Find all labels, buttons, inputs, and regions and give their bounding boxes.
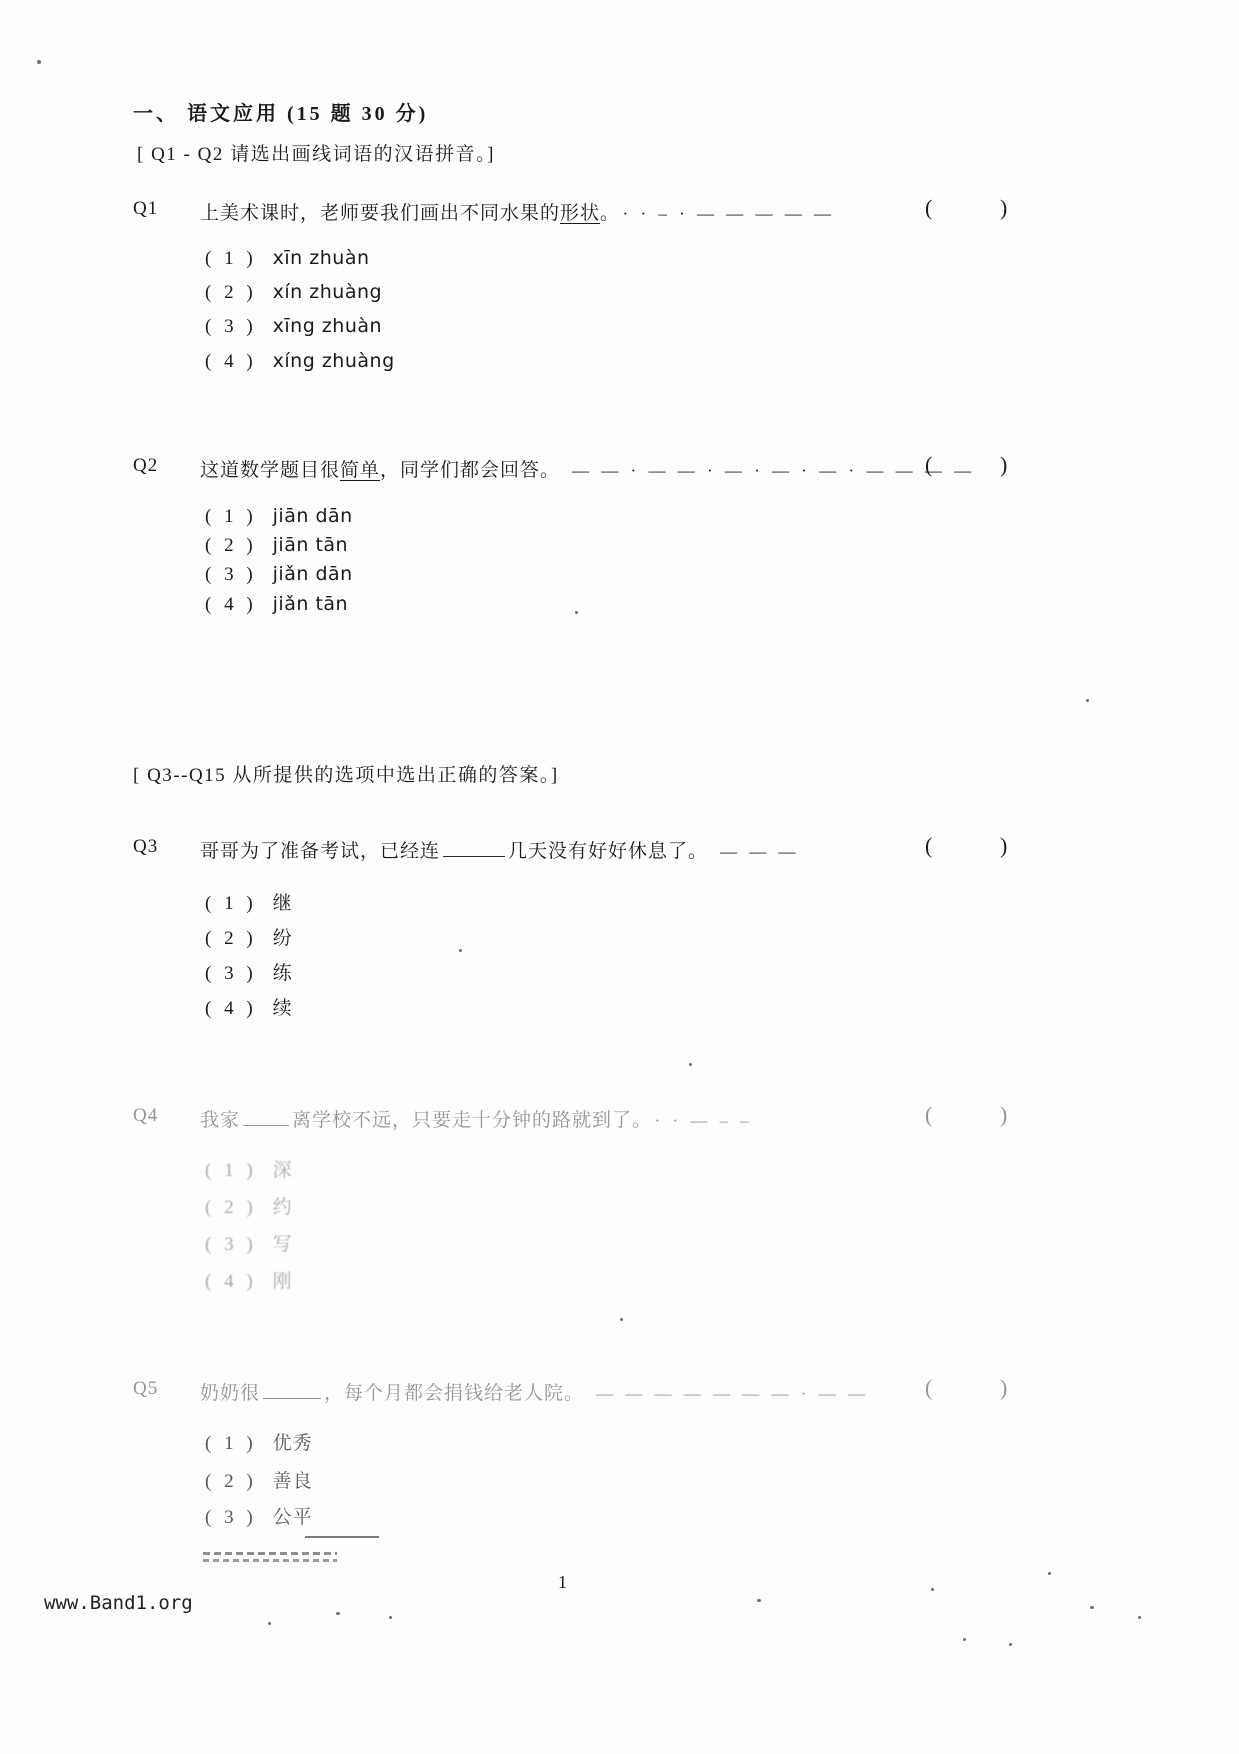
question-q4-sentence: 我家离学校不远，只要走十分钟的路就到了。· · — – – (200, 1105, 753, 1132)
q4-answer-paren-close: ) (1000, 1102, 1007, 1128)
q2-option-2: ( 2 )jiān tān (205, 534, 348, 557)
scan-speck (689, 1063, 692, 1066)
q1-option-3: ( 3 )xīng zhuàn (205, 315, 382, 338)
q4-option-1-text: 深 (273, 1160, 293, 1181)
question-q4-label: Q4 (133, 1105, 158, 1127)
q1-option-4: ( 4 )xíng zhuàng (205, 350, 395, 373)
question-q2-sentence: 这道数学题目很简单，同学们都会回答。— — · — — · — · — · — … (200, 455, 975, 482)
scan-speck (459, 949, 462, 952)
question-q1-sentence: 上美术课时，老师要我们画出不同水果的形状。· · – · — — — — — (200, 198, 835, 225)
instruction-q3-q15: [ Q3--Q15 从所提供的选项中选出正确的答案。] (133, 760, 559, 787)
q3-option-1-text: 继 (273, 893, 293, 914)
q4-option-1-number: ( 1 ) (205, 1160, 257, 1181)
q4-option-4-text: 刚 (273, 1271, 293, 1292)
q4-option-4-number: ( 4 ) (205, 1271, 257, 1292)
page-number: 1 (558, 1572, 567, 1593)
q5-option-1-text: 优秀 (273, 1433, 313, 1454)
q1-underlined-word: 形状 (560, 203, 600, 224)
q2-option-3-text: jiǎn dān (273, 563, 353, 585)
q3-dash-leader: — — — (720, 842, 800, 861)
instruction-q1-q2: [ Q1 - Q2 请选出画线词语的汉语拼音。] (137, 139, 495, 166)
scan-artifact-underline (305, 1536, 379, 1538)
q4-text-post: 离学校不远，只要走十分钟的路就到了。 (292, 1110, 643, 1131)
q3-answer-paren-close: ) (1000, 833, 1007, 859)
q2-option-4: ( 4 )jiǎn tān (205, 593, 348, 616)
q4-dash-leader: · · — – – (655, 1111, 753, 1130)
q1-option-4-text: xíng zhuàng (273, 350, 395, 372)
scanned-exam-page: 一、 语文应用 (15 题 30 分) [ Q1 - Q2 请选出画线词语的汉语… (0, 0, 1239, 1754)
q1-option-3-number: ( 3 ) (205, 316, 257, 337)
q3-text-post: 几天没有好好休息了。 (508, 841, 708, 862)
q3-option-4: ( 4 )续 (205, 993, 293, 1020)
q2-option-1: ( 1 )jiān dān (205, 505, 353, 528)
watermark-url: www.Band1.org (44, 1592, 193, 1614)
q2-option-2-number: ( 2 ) (205, 535, 257, 556)
scan-speck (1009, 1643, 1012, 1646)
q3-answer-paren-open: ( (925, 833, 932, 859)
scan-speck (1138, 1616, 1141, 1619)
q2-option-2-text: jiān tān (273, 534, 348, 556)
q3-option-3-text: 练 (273, 963, 293, 984)
scan-artifact-smear (203, 1551, 337, 1563)
question-q5-sentence: 奶奶很，每个月都会捐钱给老人院。— — — — — — — · — — (200, 1378, 869, 1405)
q2-option-1-number: ( 1 ) (205, 506, 257, 527)
q1-option-1-text: xīn zhuàn (273, 247, 370, 269)
scan-speck (963, 1638, 966, 1641)
q5-option-3: ( 3 )公平 (205, 1502, 313, 1529)
scan-speck (1048, 1572, 1051, 1575)
q4-option-3-text: 写 (273, 1234, 293, 1255)
q4-option-3: ( 3 )写 (205, 1229, 293, 1256)
q1-text-pre: 上美术课时，老师要我们画出不同水果的 (200, 203, 560, 224)
q2-answer-paren-open: ( (925, 452, 932, 478)
q2-option-4-number: ( 4 ) (205, 594, 257, 615)
q3-option-3-number: ( 3 ) (205, 963, 257, 984)
scan-speck (575, 611, 578, 614)
q3-text-pre: 哥哥为了准备考试，已经连 (200, 841, 440, 862)
q5-option-1: ( 1 )优秀 (205, 1428, 313, 1455)
scan-speck (389, 1616, 392, 1619)
q3-option-4-text: 续 (273, 998, 293, 1019)
q2-option-4-text: jiǎn tān (273, 593, 348, 615)
scan-speck (1090, 1606, 1094, 1609)
q5-option-2-number: ( 2 ) (205, 1471, 257, 1492)
q3-option-2-number: ( 2 ) (205, 928, 257, 949)
question-q3-sentence: 哥哥为了准备考试，已经连几天没有好好休息了。— — — (200, 836, 800, 863)
q3-option-1: ( 1 )继 (205, 888, 293, 915)
q3-option-2-text: 纷 (273, 928, 293, 949)
q5-dash-leader: — — — — — — — · — — (596, 1384, 869, 1403)
q2-text-pre: 这道数学题目很 (200, 460, 340, 481)
q4-option-2: ( 2 )约 (205, 1192, 293, 1219)
q1-option-4-number: ( 4 ) (205, 351, 257, 372)
q5-text-post: ，每个月都会捐钱给老人院。 (324, 1383, 584, 1404)
q1-option-1: ( 1 )xīn zhuàn (205, 247, 370, 270)
q4-option-1: ( 1 )深 (205, 1155, 293, 1182)
q4-option-4: ( 4 )刚 (205, 1266, 293, 1293)
q3-option-4-number: ( 4 ) (205, 998, 257, 1019)
q1-option-2: ( 2 )xín zhuàng (205, 281, 382, 304)
q2-option-3: ( 3 )jiǎn dān (205, 563, 353, 586)
scan-speck (620, 1318, 623, 1321)
q5-answer-paren-open: ( (925, 1375, 932, 1401)
q5-text-pre: 奶奶很 (200, 1383, 260, 1404)
scan-speck (336, 1612, 340, 1615)
q3-option-1-number: ( 1 ) (205, 893, 257, 914)
scan-speck (931, 1588, 934, 1591)
q5-option-1-number: ( 1 ) (205, 1433, 257, 1454)
scan-speck (757, 1599, 761, 1602)
q1-option-2-text: xín zhuàng (273, 281, 382, 303)
scan-speck (37, 60, 41, 64)
q1-dash-leader: · · – · — — — — — (623, 204, 835, 223)
q2-text-post: ，同学们都会回答。 (380, 460, 560, 481)
q1-answer-paren-open: ( (925, 195, 932, 221)
q5-fill-blank (263, 1379, 321, 1399)
question-q2-label: Q2 (133, 455, 158, 477)
q2-option-1-text: jiān dān (273, 505, 353, 527)
q5-option-3-number: ( 3 ) (205, 1507, 257, 1528)
q4-answer-paren-open: ( (925, 1102, 932, 1128)
q1-option-3-text: xīng zhuàn (273, 315, 382, 337)
q5-option-2-text: 善良 (273, 1471, 313, 1492)
q4-option-2-number: ( 2 ) (205, 1197, 257, 1218)
q2-option-3-number: ( 3 ) (205, 564, 257, 585)
q5-answer-paren-close: ) (1000, 1375, 1007, 1401)
q1-text-post: 。 (600, 203, 611, 224)
section-title: 一、 语文应用 (15 题 30 分) (133, 97, 428, 126)
q5-option-2: ( 2 )善良 (205, 1466, 313, 1493)
question-q5-label: Q5 (133, 1378, 158, 1400)
question-q1-label: Q1 (133, 198, 158, 220)
q4-fill-blank (243, 1106, 289, 1126)
q3-fill-blank (443, 837, 505, 857)
q4-option-2-text: 约 (273, 1197, 293, 1218)
scan-speck (268, 1622, 271, 1625)
q3-option-3: ( 3 )练 (205, 958, 293, 985)
q2-underlined-word: 简单 (340, 460, 380, 481)
q1-answer-paren-close: ) (1000, 195, 1007, 221)
question-q3-label: Q3 (133, 836, 158, 858)
q4-option-3-number: ( 3 ) (205, 1234, 257, 1255)
q2-answer-paren-close: ) (1000, 452, 1007, 478)
q1-option-2-number: ( 2 ) (205, 282, 257, 303)
q2-dash-leader: — — · — — · — · — · — · — — — — (572, 461, 975, 480)
q4-text-pre: 我家 (200, 1110, 240, 1131)
q5-option-3-text: 公平 (273, 1507, 313, 1528)
q1-option-1-number: ( 1 ) (205, 248, 257, 269)
scan-speck (1086, 699, 1089, 702)
q3-option-2: ( 2 )纷 (205, 923, 293, 950)
